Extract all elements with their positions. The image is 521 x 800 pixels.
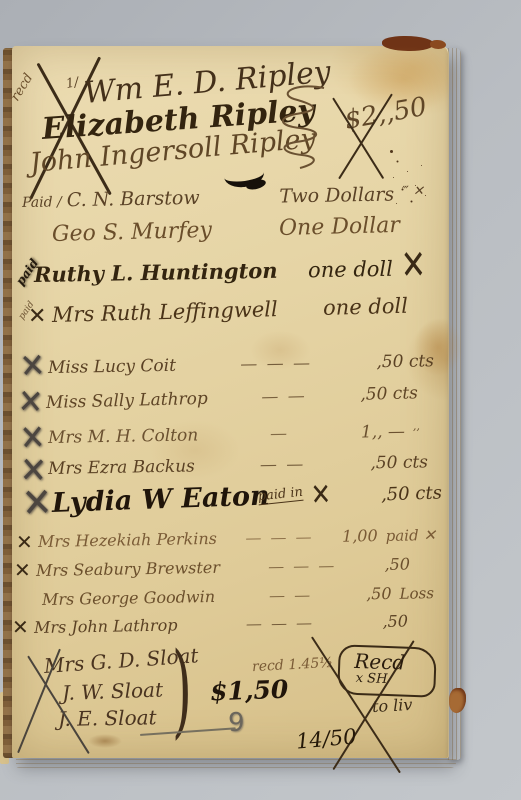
boxed-note-line: to liv — [372, 695, 413, 716]
inline-paid-note: paid in — [257, 485, 304, 506]
entry-name: C. N. Barstow — [67, 187, 200, 211]
ditto-marks: ‚‚ — [413, 420, 420, 433]
binding-tear-top-small — [430, 40, 446, 49]
entry-name: Mrs Ezra Backus — [48, 456, 195, 479]
entry-amount: ,50 — [382, 611, 408, 630]
page-number: 9 — [228, 708, 245, 738]
footer-name-2: J. W. Sloat — [62, 677, 164, 705]
entry-amount: one doll — [308, 257, 393, 282]
group-amount: $1,50 — [210, 675, 289, 707]
entry-name: Geo S. Murfey — [52, 218, 213, 247]
ledger-photo: recd 1/ Wm E. D. Ripley Elizabeth Ripley… — [0, 0, 521, 800]
entry-amount: 1,, — — [361, 422, 405, 443]
check-x-mark: ✕ — [14, 560, 31, 580]
entry-name: Ruthy L. Huntington — [34, 258, 278, 287]
boxed-received-note: Recd x SH — [337, 644, 437, 697]
entry-amount: ,50 — [384, 554, 410, 573]
ink-spatter — [390, 150, 393, 153]
entry-name: Miss Sally Lathrop — [46, 389, 208, 413]
entry-amount: ,50 cts — [370, 452, 428, 473]
paid-note: paid ✕ — [386, 526, 437, 545]
check-x-mark: ✕ — [21, 483, 53, 524]
entry-name: Mrs George Goodwin — [42, 587, 215, 609]
group-brace: ) — [172, 640, 192, 742]
entry-amount: ,50 — [366, 584, 392, 603]
entry-amount: One Dollar — [279, 213, 400, 241]
entry-amount: ,50 cts — [360, 383, 418, 404]
check-x-mark: ✕ — [400, 246, 426, 287]
loss-note: Loss — [399, 584, 434, 603]
entry-name: Mrs Hezekiah Perkins — [38, 529, 217, 551]
entry-name: Miss Lucy Coit — [48, 356, 176, 378]
entry-amount: 1,00 — [342, 526, 378, 546]
check-x-mark: ✕ — [310, 479, 331, 510]
entry-amount: one doll — [323, 294, 408, 320]
spiral-doodle — [270, 82, 334, 174]
page-fore-edge — [448, 48, 461, 760]
page-tear-right — [449, 688, 466, 713]
header-serial: 1/ — [65, 75, 80, 92]
entry-note: ‴ ✕ — [402, 184, 424, 199]
check-x-mark: ✕ — [16, 532, 33, 552]
check-x-mark: ✕ — [17, 386, 44, 420]
check-x-mark: ✕ — [28, 306, 46, 328]
check-x-mark: ✕ — [12, 617, 29, 637]
entry-prefix: Paid / — [22, 194, 62, 211]
entry-name: Mrs Seabury Brewster — [36, 558, 220, 580]
entry-amount: Two Dollars — [279, 184, 394, 208]
entry-amount: ,50 cts — [381, 482, 443, 505]
binding-tear-top — [382, 36, 434, 51]
entry-name: Mrs John Lathrop — [34, 615, 178, 637]
check-x-mark: ✕ — [19, 350, 46, 385]
entry-name: Mrs M. H. Colton — [48, 425, 199, 448]
entry-amount: ,50 cts — [376, 351, 434, 372]
